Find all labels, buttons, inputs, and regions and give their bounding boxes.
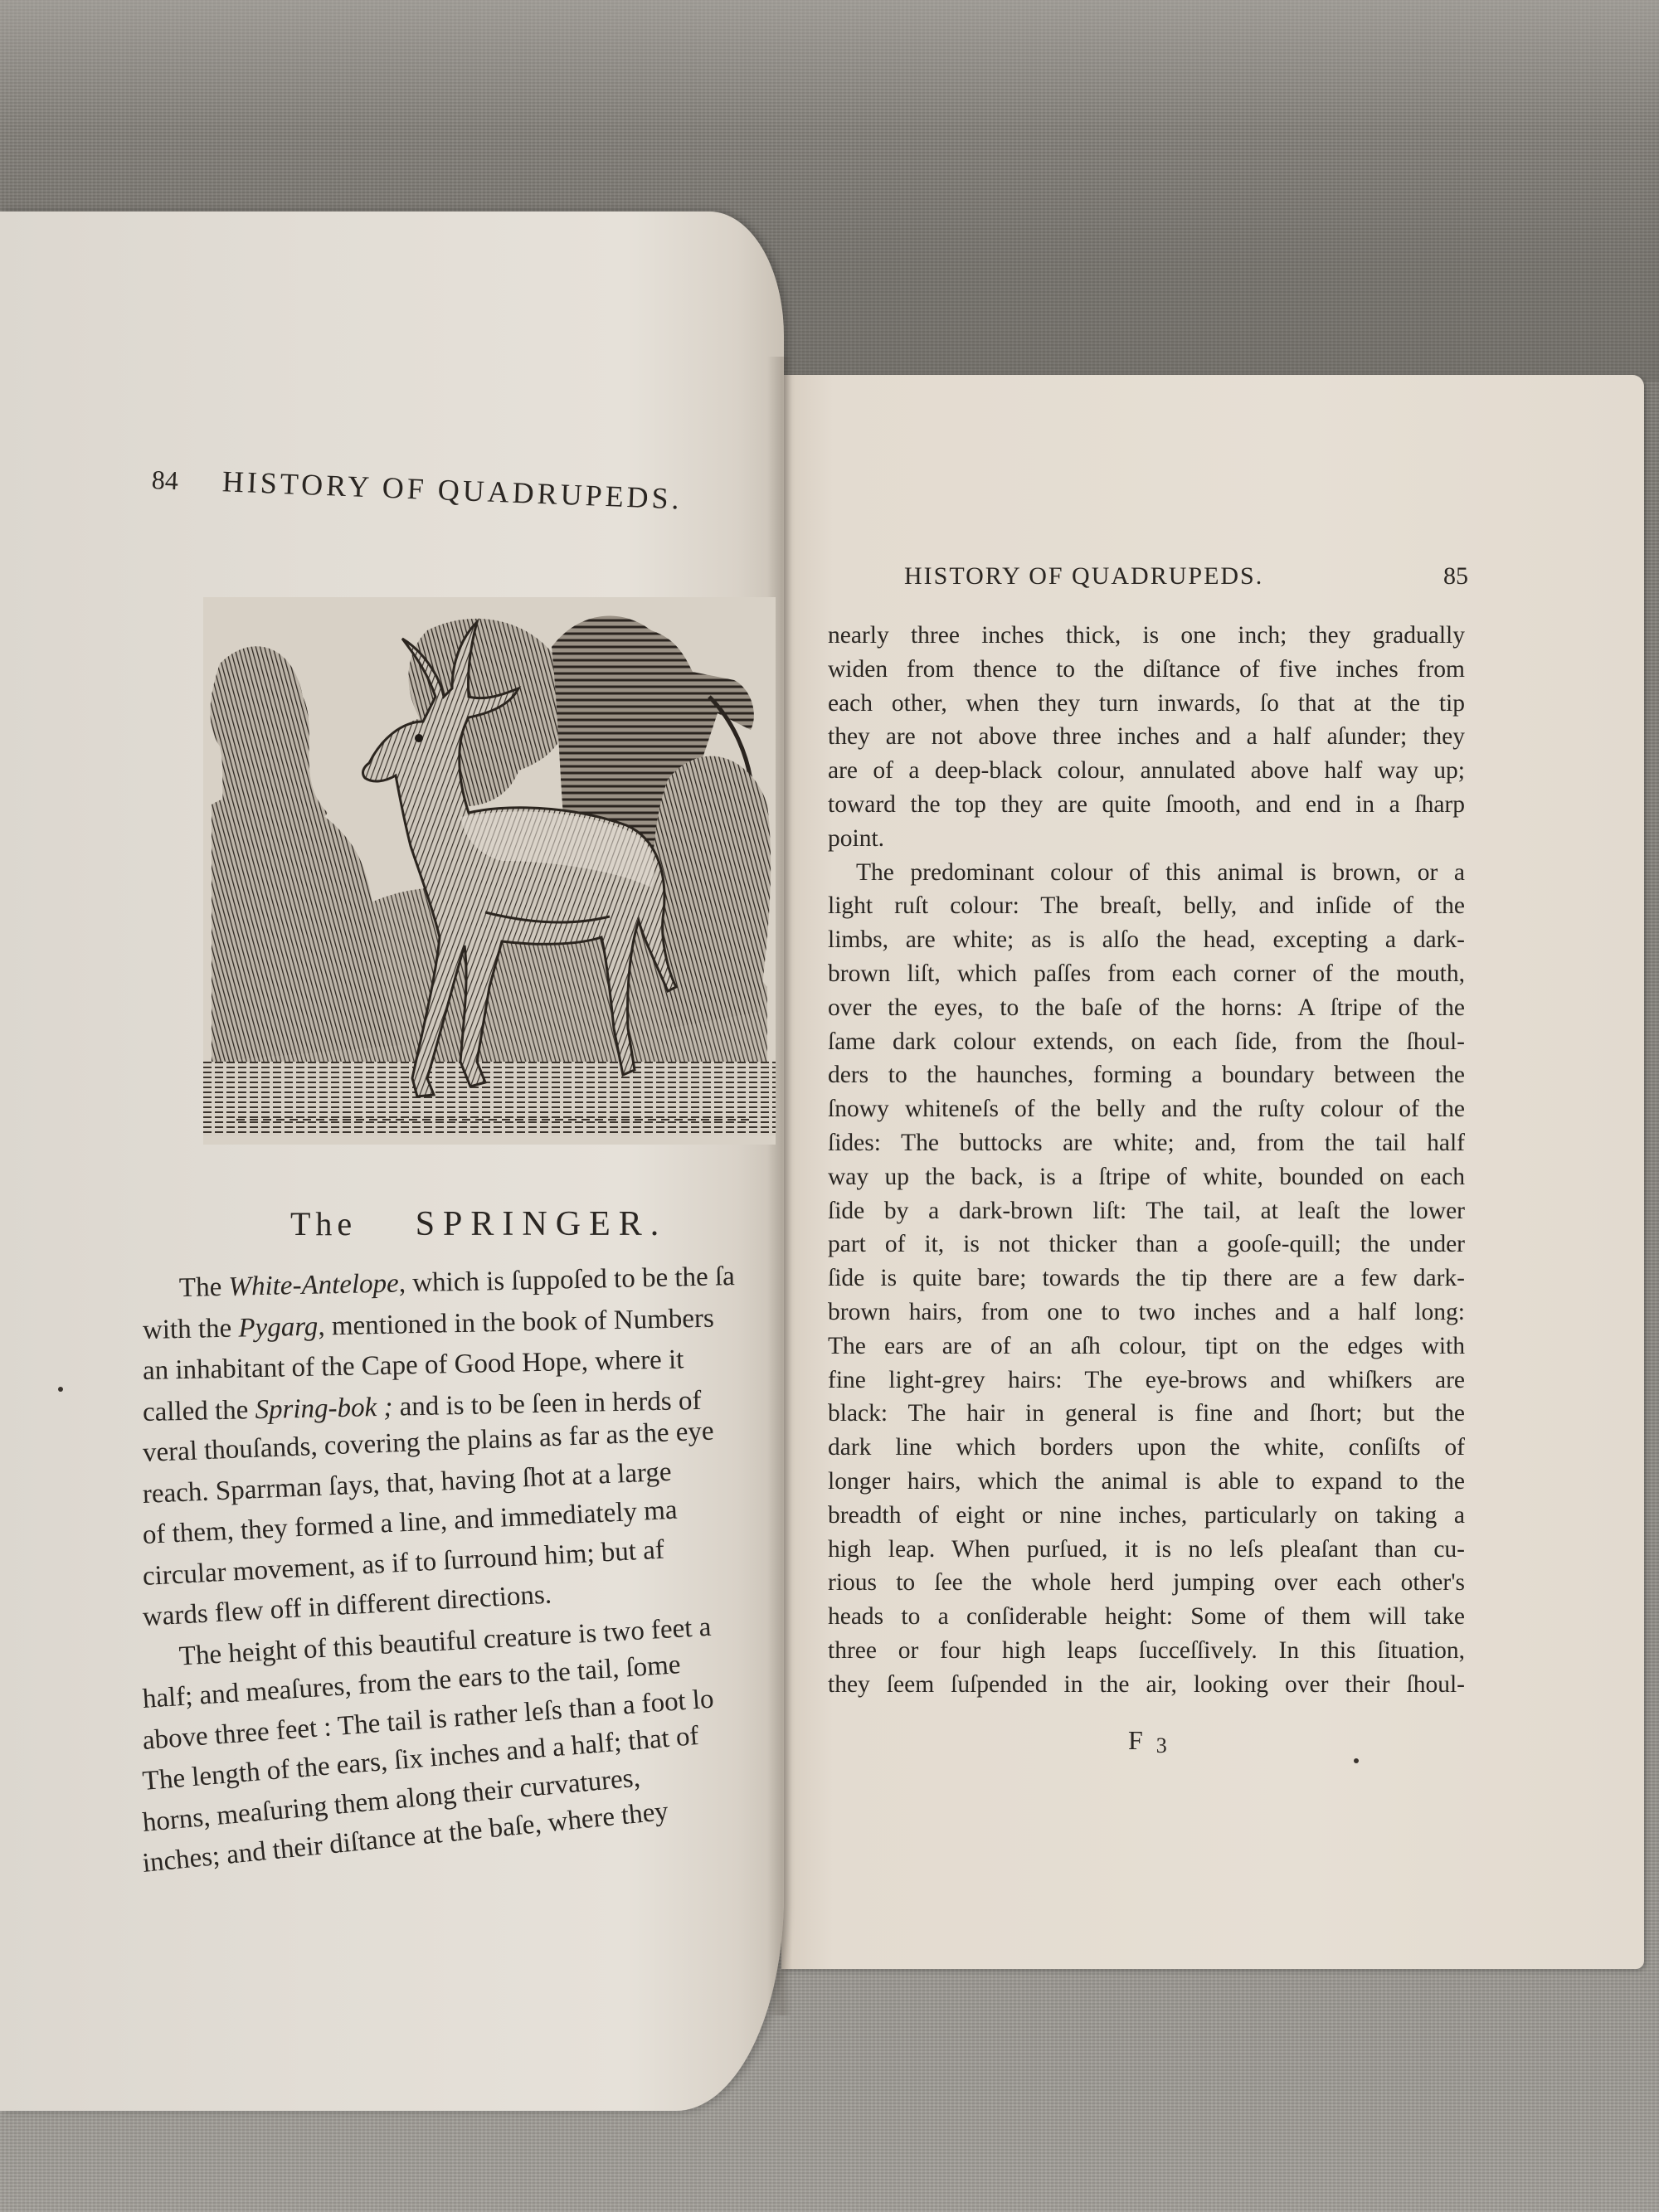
text-line: point. [828, 822, 1465, 856]
text-run: called the [143, 1395, 255, 1427]
text-line: way up the back, is a ſtripe of white, b… [828, 1160, 1465, 1194]
text-line: black: The hair in general is fine and ſ… [828, 1397, 1465, 1431]
text-line: ſide by a dark-brown liſt: The tail, at … [828, 1194, 1465, 1228]
text-line: dark line which borders upon the white, … [828, 1431, 1465, 1465]
page-number-left: 84 [151, 464, 178, 495]
text-line: they are not above three inches and a ha… [828, 720, 1465, 754]
italic-term: Pygarg [238, 1311, 319, 1343]
signature-mark: F 3 [1128, 1725, 1170, 1758]
text-line: brown liſt, which paſſes from each corne… [828, 957, 1465, 991]
page-number-right: 85 [1443, 562, 1468, 591]
text-line: over the eyes, to the baſe of the horns:… [828, 991, 1465, 1025]
text-run: , mentioned in the book of Numbers [318, 1303, 714, 1341]
right-page-body-text: nearly three inches thick, is one inch; … [828, 619, 1465, 1702]
section-title: The SPRINGER. [290, 1204, 788, 1244]
text-line: widen from thence to the diſtance of fiv… [828, 653, 1465, 687]
text-line: each other, when they turn inwards, ſo t… [828, 687, 1465, 721]
text-line: rious to ſee the whole herd jumping over… [828, 1566, 1465, 1600]
paper-speck [1354, 1758, 1359, 1763]
text-line: The predominant colour of this animal is… [828, 856, 1465, 890]
right-running-head: HISTORY OF QUADRUPEDS. 85 [904, 562, 1468, 591]
signature-letter: F [1128, 1725, 1146, 1755]
antelope-woodcut-illustration [203, 597, 776, 1145]
text-line: limbs, are white; as is alſo the head, e… [828, 923, 1465, 957]
text-line: longer hairs, which the animal is able t… [828, 1465, 1465, 1499]
paper-speck [58, 1387, 63, 1392]
text-line: The ears are of an aſh colour, tipt on t… [828, 1330, 1465, 1364]
text-line: are of a deep-black colour, annulated ab… [828, 754, 1465, 788]
text-line: breadth of eight or nine inches, particu… [828, 1499, 1465, 1533]
signature-number: 3 [1156, 1733, 1170, 1757]
text-line: nearly three inches thick, is one inch; … [828, 619, 1465, 653]
text-line: ſame dark colour extends, on each ſide, … [828, 1025, 1465, 1059]
text-line: light ruſt colour: The breaſt, belly, an… [828, 889, 1465, 923]
text-line: high leap. When purſued, it is no leſs p… [828, 1533, 1465, 1567]
text-run: The [179, 1272, 229, 1303]
text-line: heads to a conſiderable height: Some of … [828, 1600, 1465, 1634]
text-line: ſide is quite bare; towards the tip ther… [828, 1262, 1465, 1296]
text-line: part of it, is not thicker than a gooſe-… [828, 1228, 1465, 1262]
text-line: fine light-grey hairs: The eye-brows and… [828, 1364, 1465, 1398]
text-line: toward the top they are quite ſmooth, an… [828, 788, 1465, 822]
text-line: ſides: The buttocks are white; and, from… [828, 1126, 1465, 1160]
italic-term: Spring-bok ; [255, 1392, 393, 1424]
text-line: ſnowy whiteneſs of the belly and the ruſ… [828, 1092, 1465, 1126]
text-line: they ſeem ſuſpended in the air, looking … [828, 1668, 1465, 1702]
section-title-name: SPRINGER. [416, 1205, 668, 1243]
running-head-title-right: HISTORY OF QUADRUPEDS. [904, 562, 1263, 590]
text-line: three or four high leaps ſucceſſively. I… [828, 1634, 1465, 1668]
text-run: an inhabitant of the Cape of Good Hope, … [143, 1344, 684, 1386]
text-line: brown hairs, from one to two inches and … [828, 1296, 1465, 1330]
text-run: with the [143, 1313, 239, 1344]
italic-term: White-Antelope [228, 1269, 399, 1302]
left-page-body-text: The White-Antelope, which is ſuppoſed to… [143, 1269, 790, 1885]
text-run: , which is ſuppoſed to be the ſa [398, 1262, 735, 1298]
text-line: ders to the haunches, forming a boundary… [828, 1058, 1465, 1092]
section-title-prefix: The [290, 1205, 357, 1242]
